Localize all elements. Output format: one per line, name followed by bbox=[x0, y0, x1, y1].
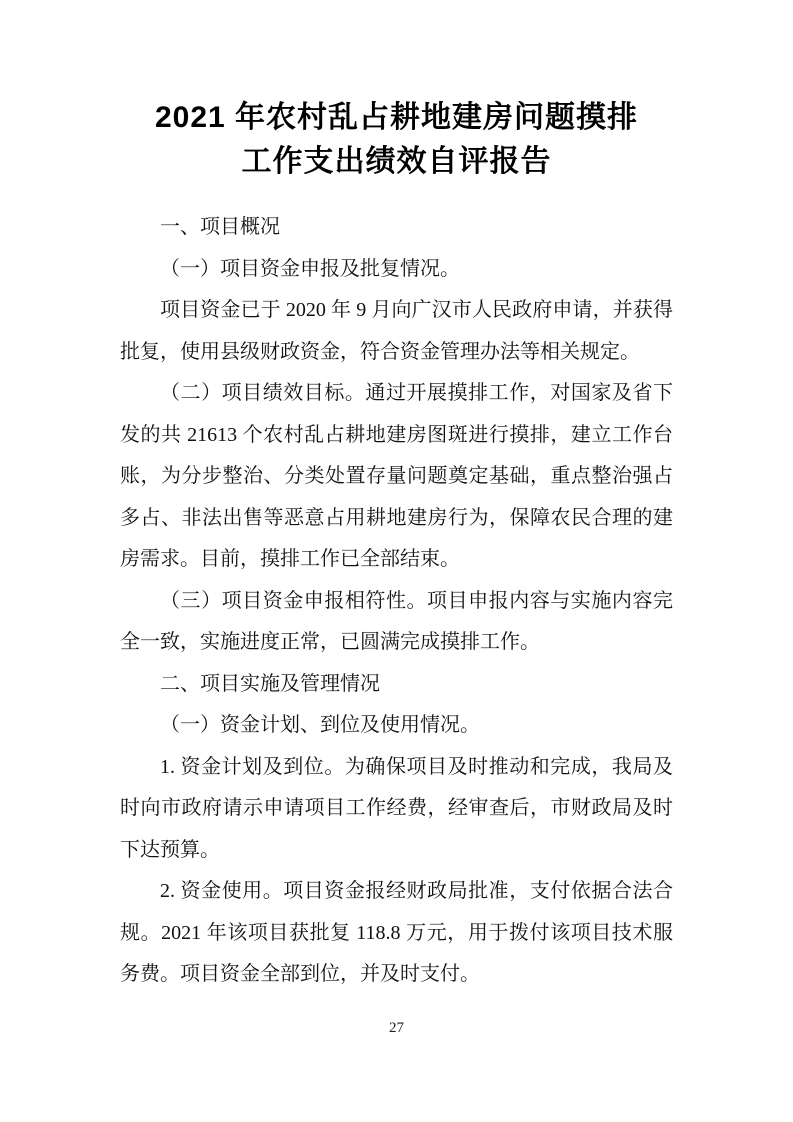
subsection-heading: （一）项目资金申报及批复情况。 bbox=[120, 249, 673, 291]
document-title-line-2: 工作支出绩效自评报告 bbox=[0, 140, 793, 184]
document-body: 一、项目概况 （一）项目资金申报及批复情况。 项目资金已于 2020 年 9 月… bbox=[120, 207, 673, 996]
body-paragraph: （二）项目绩效目标。通过开展摸排工作，对国家及省下发的共 21613 个农村乱占… bbox=[120, 373, 673, 581]
body-paragraph: 项目资金已于 2020 年 9 月向广汉市人民政府申请，并获得批复，使用县级财政… bbox=[120, 290, 673, 373]
subsection-heading: （一）资金计划、到位及使用情况。 bbox=[120, 705, 673, 747]
section-heading: 一、项目概况 bbox=[120, 207, 673, 249]
body-paragraph: （三）项目资金申报相符性。项目申报内容与实施内容完全一致，实施进度正常，已圆满完… bbox=[120, 581, 673, 664]
document-title: 2021 年农村乱占耕地建房问题摸排 工作支出绩效自评报告 bbox=[0, 0, 793, 184]
section-heading: 二、项目实施及管理情况 bbox=[120, 664, 673, 706]
document-page: 2021 年农村乱占耕地建房问题摸排 工作支出绩效自评报告 一、项目概况 （一）… bbox=[0, 0, 793, 1122]
body-paragraph: 1. 资金计划及到位。为确保项目及时推动和完成，我局及时向市政府请示申请项目工作… bbox=[120, 747, 673, 872]
body-paragraph: 2. 资金使用。项目资金报经财政局批准，支付依据合法合规。2021 年该项目获批… bbox=[120, 871, 673, 996]
document-title-line-1: 2021 年农村乱占耕地建房问题摸排 bbox=[0, 96, 793, 140]
page-number: 27 bbox=[0, 1020, 793, 1037]
